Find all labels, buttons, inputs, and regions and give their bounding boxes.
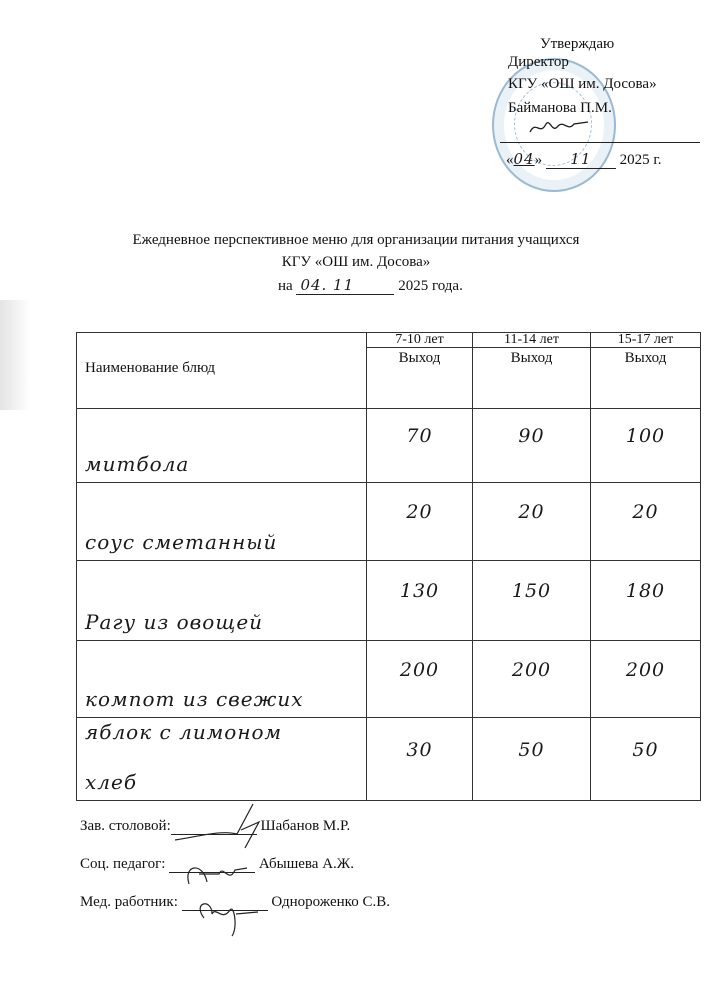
approver-name: Байманова П.М. <box>508 100 612 117</box>
approver-organization: КГУ «ОШ им. Досова» <box>508 76 657 93</box>
table-row: компот из свежих 200 200 200 <box>77 640 701 717</box>
portion-value: 180 <box>591 560 701 640</box>
output-header: Выход <box>591 348 701 409</box>
approver-position: Директор <box>508 54 569 71</box>
portion-value: 20 <box>367 482 473 560</box>
signature-row-medical: Мед. работник: Однороженко С.В. <box>80 894 390 911</box>
portion-value: 20 <box>591 482 701 560</box>
portion-value: 70 <box>367 408 473 482</box>
dish-name: яблок с лимоном хлеб <box>77 717 367 800</box>
portion-value: 30 <box>367 717 473 800</box>
signature-name: Абышева А.Ж. <box>259 856 354 872</box>
signature-line <box>171 834 257 835</box>
document-subtitle: КГУ «ОШ им. Досова» <box>0 254 712 271</box>
signature-row-canteen: Зав. столовой: Шабанов М.Р. <box>80 818 350 835</box>
director-signature-icon <box>528 116 598 138</box>
signature-scribble-icon <box>182 898 272 938</box>
signature-scribble-icon <box>169 860 259 890</box>
signature-name: Однороженко С.В. <box>271 894 390 910</box>
signature-line <box>182 910 268 911</box>
column-header-row: Наименование блюд Выход Выход Выход <box>77 348 701 409</box>
dish-name-line2: хлеб <box>85 770 366 794</box>
table-row: митбола 70 90 100 <box>77 408 701 482</box>
signature-role: Мед. работник: <box>80 894 178 910</box>
dish-name: компот из свежих <box>77 640 367 717</box>
signature-name: Шабанов М.Р. <box>260 818 350 834</box>
header-blank-cell <box>77 333 367 348</box>
signature-line <box>169 872 255 873</box>
portion-value: 50 <box>473 717 591 800</box>
signature-line <box>500 142 700 143</box>
age-group-header: 15-17 лет <box>591 333 701 348</box>
document-title: Ежедневное перспективное меню для органи… <box>0 232 712 249</box>
dish-name-header: Наименование блюд <box>77 348 367 409</box>
signature-row-social-pedagogue: Соц. педагог: Абышева А.Ж. <box>80 856 354 873</box>
approve-label: Утверждаю <box>540 36 614 53</box>
dish-name: Рагу из овощей <box>77 560 367 640</box>
scan-edge-shadow <box>0 300 30 410</box>
portion-value: 50 <box>591 717 701 800</box>
portion-value: 100 <box>591 408 701 482</box>
table-row: соус сметанный 20 20 20 <box>77 482 701 560</box>
portion-value: 200 <box>367 640 473 717</box>
signature-scribble-icon <box>171 800 271 850</box>
portion-value: 130 <box>367 560 473 640</box>
portion-value: 20 <box>473 482 591 560</box>
approval-date: «04» 11 2025 г. <box>506 150 662 169</box>
dish-name: соус сметанный <box>77 482 367 560</box>
table-row: яблок с лимоном хлеб 30 50 50 <box>77 717 701 800</box>
age-group-header: 7-10 лет <box>367 333 473 348</box>
portion-value: 150 <box>473 560 591 640</box>
output-header: Выход <box>367 348 473 409</box>
menu-table: 7-10 лет 11-14 лет 15-17 лет Наименовани… <box>76 332 701 801</box>
portion-value: 200 <box>473 640 591 717</box>
menu-date: на 04. 11 2025 года. <box>278 276 463 295</box>
age-header-row: 7-10 лет 11-14 лет 15-17 лет <box>77 333 701 348</box>
dish-name: митбола <box>77 408 367 482</box>
portion-value: 200 <box>591 640 701 717</box>
age-group-header: 11-14 лет <box>473 333 591 348</box>
table-row: Рагу из овощей 130 150 180 <box>77 560 701 640</box>
signature-role: Соц. педагог: <box>80 856 165 872</box>
portion-value: 90 <box>473 408 591 482</box>
output-header: Выход <box>473 348 591 409</box>
dish-name-line1: яблок с лимоном <box>85 720 366 744</box>
signature-role: Зав. столовой: <box>80 818 171 834</box>
